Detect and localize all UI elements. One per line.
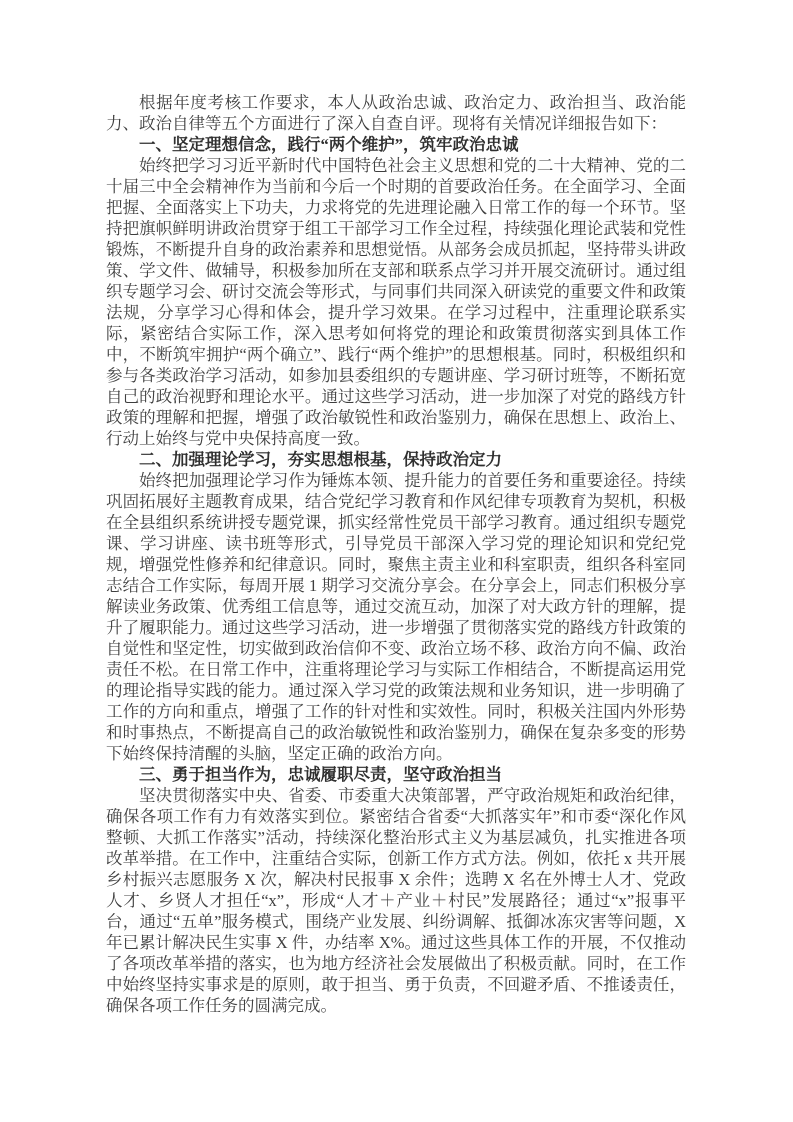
section-1-paragraph: 始终把学习习近平新时代中国特色社会主义思想和党的二十大精神、党的二十届三中全会精…	[106, 155, 686, 449]
section-1-heading: 一、坚定理想信念，践行“两个维护”，筑牢政治忠诚	[106, 134, 686, 155]
section-2-paragraph: 始终把加强理论学习作为锤炼本领、提升能力的首要任务和重要途径。持续巩固拓展好主题…	[106, 470, 686, 764]
section-3-heading: 三、勇于担当作为，忠诚履职尽责，坚守政治担当	[106, 764, 686, 785]
document-body: 根据年度考核工作要求，本人从政治忠诚、政治定力、政治担当、政治能力、政治自律等五…	[106, 92, 686, 1016]
intro-paragraph: 根据年度考核工作要求，本人从政治忠诚、政治定力、政治担当、政治能力、政治自律等五…	[106, 92, 686, 134]
section-3-paragraph: 坚决贯彻落实中央、省委、市委重大决策部署，严守政治规矩和政治纪律，确保各项工作有…	[106, 785, 686, 1016]
document-page: 根据年度考核工作要求，本人从政治忠诚、政治定力、政治担当、政治能力、政治自律等五…	[0, 0, 793, 1122]
section-2-heading: 二、加强理论学习，夯实思想根基，保持政治定力	[106, 449, 686, 470]
